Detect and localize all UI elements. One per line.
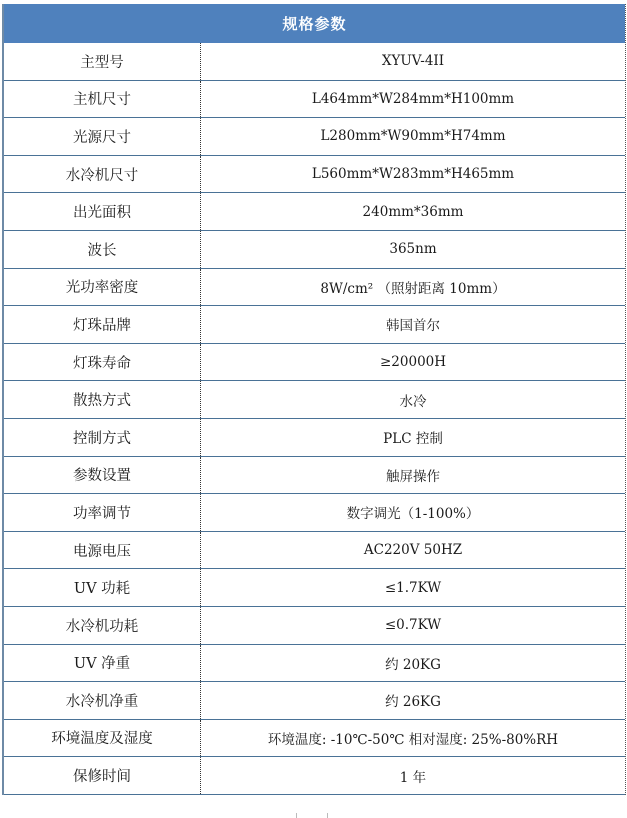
spec-label: 主机尺寸 [4, 81, 201, 118]
page-footer-tab [296, 813, 328, 818]
table-row: UV 净重约 20KG [4, 645, 625, 683]
spec-label: 散热方式 [4, 381, 201, 418]
spec-rows: 主型号XYUV-4II主机尺寸L464mm*W284mm*H100mm光源尺寸L… [4, 43, 625, 795]
table-row: 保修时间1 年 [4, 757, 625, 795]
spec-label: 控制方式 [4, 419, 201, 456]
spec-table-title: 规格参数 [4, 4, 625, 43]
spec-label: 波长 [4, 231, 201, 268]
table-row: 控制方式PLC 控制 [4, 419, 625, 457]
table-row: 波长365nm [4, 231, 625, 269]
spec-label: 灯珠寿命 [4, 344, 201, 381]
spec-value: L560mm*W283mm*H465mm [201, 156, 625, 193]
table-row: 灯珠品牌韩国首尔 [4, 306, 625, 344]
spec-label: 参数设置 [4, 457, 201, 494]
spec-value: 240mm*36mm [201, 193, 625, 230]
table-row: 水冷机净重约 26KG [4, 682, 625, 720]
table-row: 光源尺寸L280mm*W90mm*H74mm [4, 118, 625, 156]
table-row: 光功率密度8W/cm² （照射距离 10mm） [4, 269, 625, 307]
table-row: 功率调节数字调光（1-100%） [4, 494, 625, 532]
table-row: 主机尺寸L464mm*W284mm*H100mm [4, 81, 625, 119]
spec-value: 环境温度: -10℃-50℃ 相对湿度: 25%-80%RH [201, 720, 625, 757]
table-row: 电源电压AC220V 50HZ [4, 532, 625, 570]
spec-value: 韩国首尔 [201, 306, 625, 343]
spec-label: 光源尺寸 [4, 118, 201, 155]
table-row: 散热方式水冷 [4, 381, 625, 419]
spec-label: UV 净重 [4, 645, 201, 682]
spec-label: 保修时间 [4, 757, 201, 794]
spec-value: ≤0.7KW [201, 607, 625, 644]
spec-value: 触屏操作 [201, 457, 625, 494]
spec-value: 约 26KG [201, 682, 625, 719]
spec-value: 数字调光（1-100%） [201, 494, 625, 531]
spec-value: L464mm*W284mm*H100mm [201, 81, 625, 118]
table-row: 参数设置触屏操作 [4, 457, 625, 495]
spec-label: 环境温度及湿度 [4, 720, 201, 757]
spec-value: 365nm [201, 231, 625, 268]
spec-value: XYUV-4II [201, 43, 625, 80]
spec-label: 功率调节 [4, 494, 201, 531]
spec-value: 8W/cm² （照射距离 10mm） [201, 269, 625, 306]
table-row: 出光面积240mm*36mm [4, 193, 625, 231]
spec-value: 约 20KG [201, 645, 625, 682]
spec-label: 光功率密度 [4, 269, 201, 306]
spec-label: 电源电压 [4, 532, 201, 569]
table-row: UV 功耗≤1.7KW [4, 569, 625, 607]
spec-label: 灯珠品牌 [4, 306, 201, 343]
spec-value: ≥20000H [201, 344, 625, 381]
spec-label: 出光面积 [4, 193, 201, 230]
spec-value: ≤1.7KW [201, 569, 625, 606]
spec-label: 水冷机净重 [4, 682, 201, 719]
table-row: 环境温度及湿度环境温度: -10℃-50℃ 相对湿度: 25%-80%RH [4, 720, 625, 758]
spec-label: 水冷机尺寸 [4, 156, 201, 193]
spec-value: AC220V 50HZ [201, 532, 625, 569]
spec-value: 水冷 [201, 381, 625, 418]
spec-value: 1 年 [201, 757, 625, 794]
table-row: 水冷机尺寸L560mm*W283mm*H465mm [4, 156, 625, 194]
table-row: 灯珠寿命≥20000H [4, 344, 625, 382]
table-row: 水冷机功耗≤0.7KW [4, 607, 625, 645]
spec-label: UV 功耗 [4, 569, 201, 606]
spec-value: PLC 控制 [201, 419, 625, 456]
table-row: 主型号XYUV-4II [4, 43, 625, 81]
spec-label: 水冷机功耗 [4, 607, 201, 644]
spec-value: L280mm*W90mm*H74mm [201, 118, 625, 155]
spec-label: 主型号 [4, 43, 201, 80]
spec-table: 规格参数 主型号XYUV-4II主机尺寸L464mm*W284mm*H100mm… [2, 4, 626, 795]
